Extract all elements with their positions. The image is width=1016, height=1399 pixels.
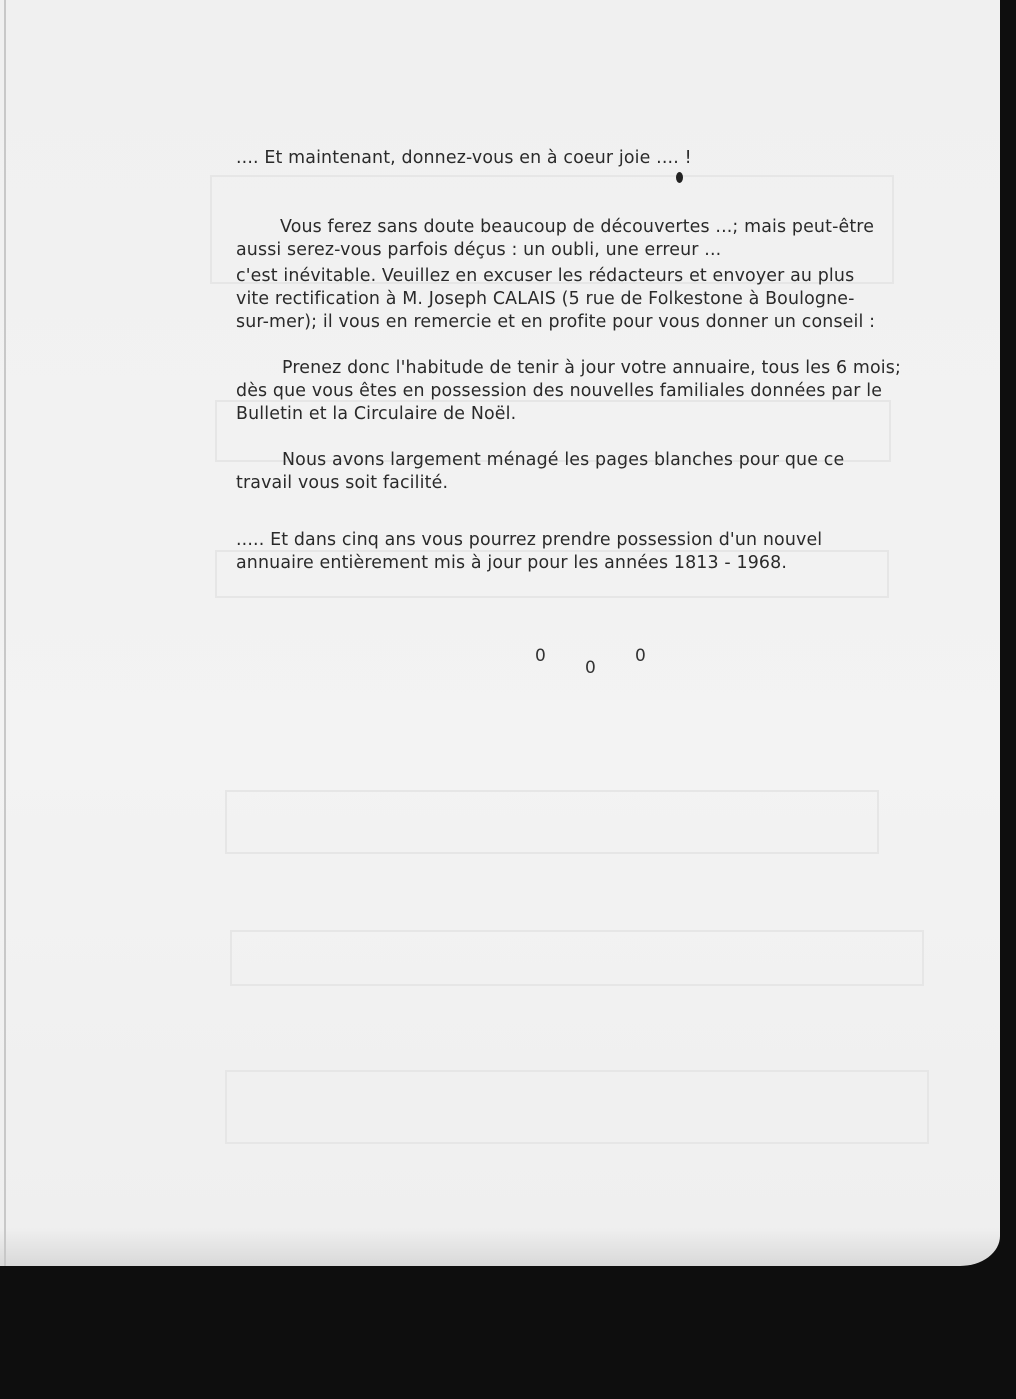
paragraph1-line: Vous ferez sans doute beaucoup de découv… — [280, 217, 874, 237]
paragraph1-line: c'est inévitable. Veuillez en excuser le… — [236, 266, 854, 286]
document-page: .... Et maintenant, donnez-vous en à coe… — [0, 0, 1000, 1266]
bullet-dot-icon — [676, 172, 683, 183]
paragraph3-line: travail vous soit facilité. — [236, 473, 448, 493]
paragraph1-line: aussi serez-vous parfois déçus : un oubl… — [236, 240, 721, 260]
ornament-zero: 0 — [535, 646, 546, 666]
ornament-zero: 0 — [635, 646, 646, 666]
paragraph1-line: vite rectification à M. Joseph CALAIS (5… — [236, 289, 855, 309]
paragraph2-line: dès que vous êtes en possession des nouv… — [236, 381, 882, 401]
paragraph2-line: Bulletin et la Circulaire de Noël. — [236, 404, 516, 424]
paragraph3-line: Nous avons largement ménagé les pages bl… — [282, 450, 844, 470]
document-body: .... Et maintenant, donnez-vous en à coe… — [0, 0, 1000, 1266]
ornament-zero: 0 — [585, 658, 596, 678]
intro-line: .... Et maintenant, donnez-vous en à coe… — [236, 148, 692, 168]
paragraph4-line: annuaire entièrement mis à jour pour les… — [236, 553, 787, 573]
paragraph1-line: sur-mer); il vous en remercie et en prof… — [236, 312, 875, 332]
paragraph2-line: Prenez donc l'habitude de tenir à jour v… — [282, 358, 901, 378]
paragraph4-line: ..... Et dans cinq ans vous pourrez pren… — [236, 530, 822, 550]
